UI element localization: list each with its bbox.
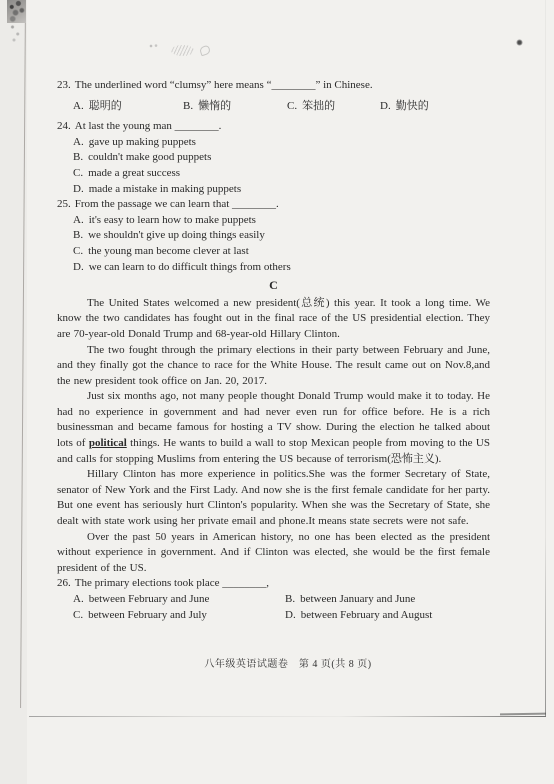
option-a: A.聪明的 (73, 99, 183, 115)
passage-paragraph-5: Over the past 50 years in American histo… (57, 530, 490, 577)
option-text: 懒惰的 (198, 100, 231, 112)
option-a: A.gave up making puppets (73, 135, 490, 151)
option-b: B.between January and June (285, 592, 415, 608)
option-d: D.勤快的 (380, 99, 429, 115)
option-a: A.between February and June (73, 592, 285, 608)
option-label: B. (73, 151, 83, 163)
exam-page-content: 23.The underlined word “clumsy” here mea… (57, 78, 490, 623)
question-number: 25. (57, 198, 71, 210)
option-label: B. (183, 100, 193, 112)
question-number: 24. (57, 120, 71, 132)
option-label: A. (73, 100, 84, 112)
option-text: it's easy to learn how to make puppets (89, 214, 256, 226)
option-label: A. (73, 593, 84, 605)
question-24: 24.At last the young man ________. A.gav… (57, 119, 490, 197)
passage-section-heading: C (57, 278, 490, 294)
question-text: The primary elections took place _______… (75, 577, 269, 589)
option-text: between February and August (301, 609, 433, 621)
question-26-options-row-1: A.between February and June B.between Ja… (73, 592, 490, 608)
passage-paragraph-1: The United States welcomed a new preside… (57, 296, 490, 343)
option-label: D. (285, 609, 296, 621)
question-23: 23.The underlined word “clumsy” here mea… (57, 78, 490, 114)
page-right-edge-line (545, 0, 546, 716)
option-text: between January and June (300, 593, 415, 605)
page-bottom-edge-line (29, 716, 546, 717)
option-label: C. (73, 167, 83, 179)
option-label: A. (73, 136, 84, 148)
option-a: A.it's easy to learn how to make puppets (73, 213, 490, 229)
option-text: made a great success (88, 167, 180, 179)
option-text: couldn't make good puppets (88, 151, 211, 163)
question-text: The underlined word “clumsy” here means … (75, 79, 373, 91)
underlined-word-political: political (89, 437, 127, 449)
question-24-stem: 24.At last the young man ________. (57, 119, 490, 135)
pencil-scribble (199, 45, 211, 57)
option-label: B. (285, 593, 295, 605)
question-25-stem: 25.From the passage we can learn that __… (57, 197, 490, 213)
option-label: D. (380, 100, 391, 112)
option-d: D.made a mistake in making puppets (73, 182, 490, 198)
option-text: between February and June (89, 593, 210, 605)
question-text: At last the young man ________. (75, 120, 222, 132)
question-25: 25.From the passage we can learn that __… (57, 197, 490, 275)
option-text: made a mistake in making puppets (89, 183, 241, 195)
option-text: 勤快的 (396, 100, 429, 112)
binding-smudge (7, 0, 26, 23)
fold-mark (500, 713, 546, 716)
option-d: D.we can learn to do difficult things fr… (73, 260, 490, 276)
question-26: 26.The primary elections took place ____… (57, 576, 490, 623)
option-b: B.we shouldn't give up doing things easi… (73, 228, 490, 244)
page-footer: 八年级英语试题卷 第 4 页(共 8 页) (0, 655, 554, 670)
option-text: we can learn to do difficult things from… (89, 261, 291, 273)
option-c: C.between February and July (73, 608, 285, 624)
pencil-smudge (171, 45, 194, 56)
option-text: 聪明的 (89, 100, 122, 112)
binding-smudge-speckles (8, 23, 23, 43)
question-23-stem: 23.The underlined word “clumsy” here mea… (57, 78, 490, 94)
option-c: C.the young man become clever at last (73, 244, 490, 260)
pencil-mark (148, 44, 158, 48)
question-number: 26. (57, 577, 71, 589)
question-text: From the passage we can learn that _____… (75, 198, 279, 210)
option-c: C.笨拙的 (287, 99, 380, 115)
option-label: C. (287, 100, 297, 112)
passage-paragraph-4: Hillary Clinton has more experience in p… (57, 467, 490, 529)
option-label: C. (73, 245, 83, 257)
option-d: D.between February and August (285, 608, 432, 624)
option-c: C.made a great success (73, 166, 490, 182)
option-label: D. (73, 261, 84, 273)
question-number: 23. (57, 79, 71, 91)
option-text: gave up making puppets (89, 136, 196, 148)
option-text: 笨拙的 (302, 100, 335, 112)
question-26-stem: 26.The primary elections took place ____… (57, 576, 490, 592)
option-b: B.couldn't make good puppets (73, 150, 490, 166)
option-b: B.懒惰的 (183, 99, 287, 115)
option-text: the young man become clever at last (88, 245, 249, 257)
question-26-options-row-2: C.between February and July D.between Fe… (73, 608, 490, 624)
option-label: D. (73, 183, 84, 195)
option-text: we shouldn't give up doing things easily (88, 229, 265, 241)
option-text: between February and July (88, 609, 207, 621)
option-label: B. (73, 229, 83, 241)
option-label: A. (73, 214, 84, 226)
ink-dot (516, 39, 523, 46)
passage-paragraph-2: The two fought through the primary elect… (57, 343, 490, 390)
passage-paragraph-3: Just six months ago, not many people tho… (57, 389, 490, 467)
question-23-options: A.聪明的 B.懒惰的 C.笨拙的 D.勤快的 (73, 99, 490, 115)
option-label: C. (73, 609, 83, 621)
